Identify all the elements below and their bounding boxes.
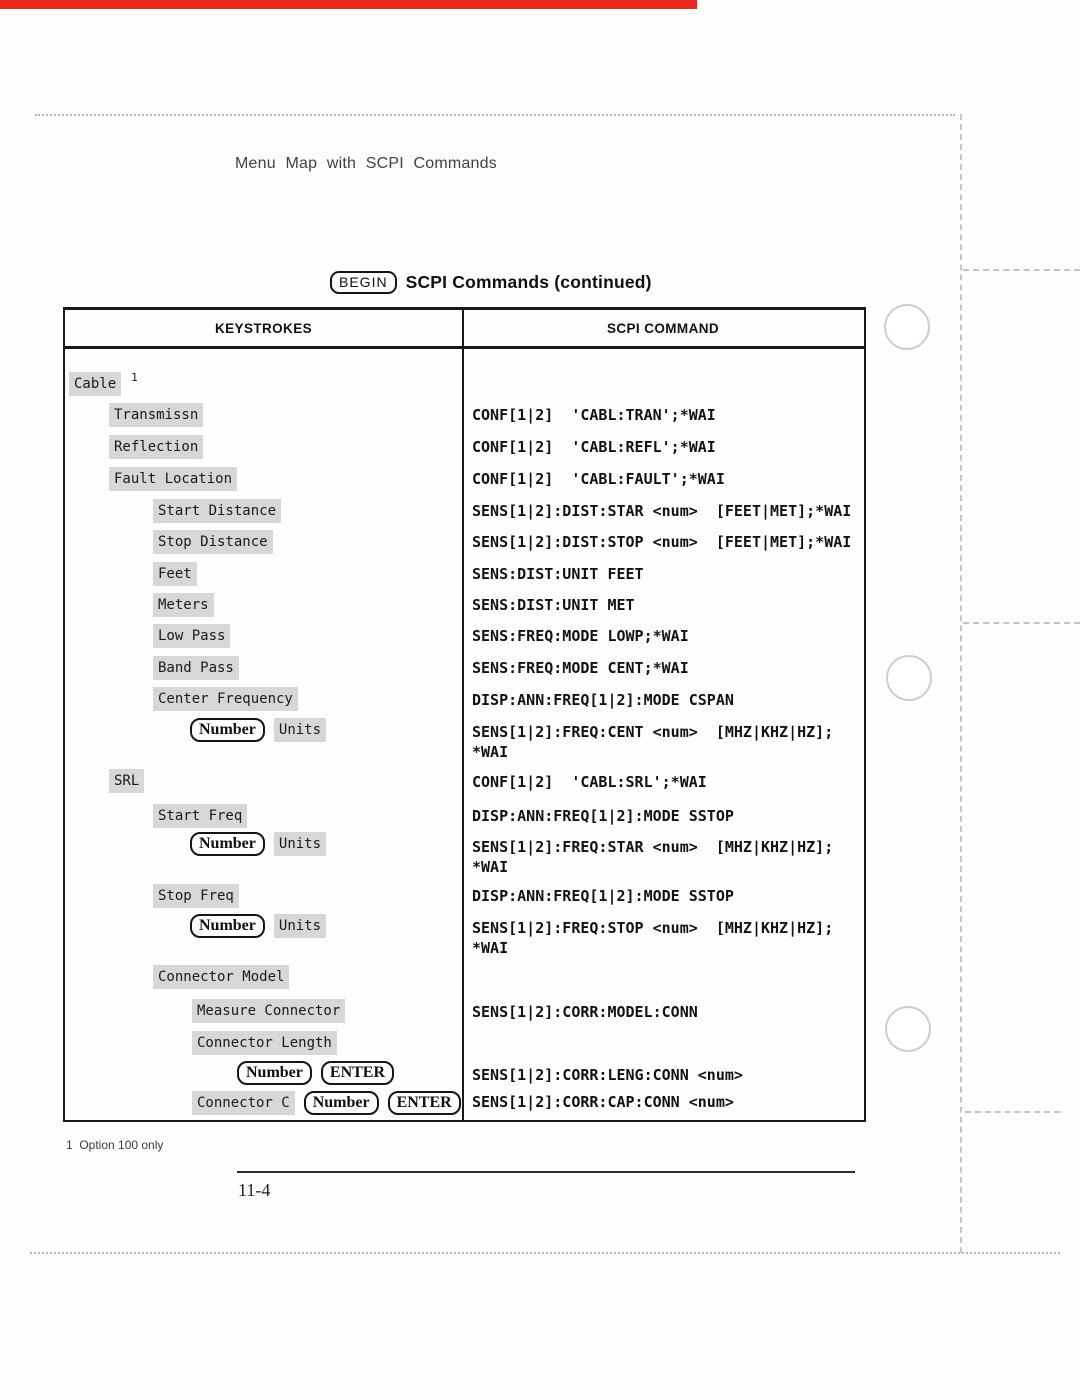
column-header-scpi-command: SCPI COMMAND: [464, 310, 862, 346]
scpi-command-table: KEYSTROKES SCPI COMMAND Cable1 Transmiss…: [63, 307, 866, 1122]
table-row: Feet: [153, 562, 197, 586]
margin-dash-1: [963, 269, 1080, 271]
scpi-command: SENS[1|2]:CORR:LENG:CONN <num>: [472, 1065, 743, 1085]
keystroke-label: Transmissn: [109, 403, 203, 427]
keystroke-label: Fault Location: [109, 467, 237, 491]
table-title: BEGIN SCPI Commands (continued): [330, 271, 652, 294]
table-row: Measure Connector: [192, 999, 345, 1023]
footnote: 1 Option 100 only: [66, 1138, 163, 1152]
keystroke-label: Connector Length: [192, 1031, 337, 1055]
column-header-keystrokes: KEYSTROKES: [65, 310, 462, 346]
table-row: Connector Length: [192, 1031, 337, 1055]
begin-key: BEGIN: [330, 271, 397, 294]
scanned-manual-page: Menu Map with SCPI Commands BEGIN SCPI C…: [0, 0, 1080, 1397]
keystroke-label: Units: [274, 718, 326, 742]
page-number: 11-4: [238, 1180, 270, 1201]
punch-hole-middle: [886, 655, 932, 701]
table-row: Transmissn: [109, 403, 203, 427]
scpi-command: SENS[1|2]:DIST:STOP <num> [FEET|MET];*WA…: [472, 532, 851, 552]
table-row: Number ENTER: [237, 1061, 394, 1085]
scpi-command: CONF[1|2] 'CABL:FAULT';*WAI: [472, 469, 725, 489]
table-title-text: SCPI Commands (continued): [406, 272, 652, 293]
table-row: Start Distance: [153, 499, 281, 523]
table-row: Center Frequency: [153, 687, 298, 711]
table-row: Number Units: [190, 914, 326, 938]
table-row: Number Units: [190, 718, 326, 742]
table-row: Low Pass: [153, 624, 230, 648]
keystroke-label: Connector Model: [153, 965, 289, 989]
keystroke-label: Center Frequency: [153, 687, 298, 711]
scpi-command: DISP:ANN:FREQ[1|2]:MODE SSTOP: [472, 886, 734, 906]
table-row: Stop Freq: [153, 884, 239, 908]
keystroke-label: Start Freq: [153, 804, 247, 828]
keystroke-label: Reflection: [109, 435, 203, 459]
scpi-command: SENS:FREQ:MODE CENT;*WAI: [472, 658, 689, 678]
table-row: Connector C Number ENTER: [192, 1091, 461, 1115]
table-row: Band Pass: [153, 656, 239, 680]
scpi-command: SENS[1|2]:FREQ:CENT <num> [MHZ|KHZ|HZ];*…: [472, 722, 833, 762]
enter-key: ENTER: [388, 1091, 461, 1115]
running-header: Menu Map with SCPI Commands: [235, 155, 497, 173]
keystroke-label: Units: [274, 832, 326, 856]
scpi-command: SENS[1|2]:DIST:STAR <num> [FEET|MET];*WA…: [472, 501, 851, 521]
keystroke-label: Connector C: [192, 1091, 295, 1115]
number-key: Number: [190, 718, 265, 742]
keystroke-label: Band Pass: [153, 656, 239, 680]
footnote-ref: 1: [131, 371, 138, 384]
perforation-line-bottom: [30, 1252, 1060, 1254]
scpi-command: SENS[1|2]:FREQ:STOP <num> [MHZ|KHZ|HZ];*…: [472, 918, 833, 958]
enter-key: ENTER: [321, 1061, 394, 1085]
scpi-command: CONF[1|2] 'CABL:SRL';*WAI: [472, 772, 707, 792]
number-key: Number: [304, 1091, 379, 1115]
keystroke-label: Stop Freq: [153, 884, 239, 908]
punch-hole-bottom: [885, 1006, 931, 1052]
keystroke-label: Start Distance: [153, 499, 281, 523]
header-separator: [65, 346, 864, 349]
keystroke-label: Stop Distance: [153, 530, 273, 554]
number-key: Number: [190, 832, 265, 856]
scpi-command: SENS[1|2]:CORR:MODEL:CONN: [472, 1002, 698, 1022]
scpi-command: DISP:ANN:FREQ[1|2]:MODE SSTOP: [472, 806, 734, 826]
table-row: Reflection: [109, 435, 203, 459]
keystroke-label: Feet: [153, 562, 197, 586]
table-row: Start Freq: [153, 804, 247, 828]
table-row: Stop Distance: [153, 530, 273, 554]
scpi-command: SENS:DIST:UNIT MET: [472, 595, 635, 615]
keystroke-label: SRL: [109, 769, 144, 793]
table-row: SRL: [109, 769, 144, 793]
table-row: Connector Model: [153, 965, 289, 989]
scpi-command: DISP:ANN:FREQ[1|2]:MODE CSPAN: [472, 690, 734, 710]
table-row: Fault Location: [109, 467, 237, 491]
number-key: Number: [190, 914, 265, 938]
margin-dash-3: [965, 1111, 1060, 1113]
scpi-command: SENS[1|2]:FREQ:STAR <num> [MHZ|KHZ|HZ];*…: [472, 837, 833, 877]
footer-rule: [237, 1171, 855, 1173]
keystroke-label: Units: [274, 914, 326, 938]
column-divider: [462, 310, 464, 1120]
table-row: Cable1: [69, 372, 137, 396]
margin-dash-2: [963, 622, 1080, 624]
scpi-command: CONF[1|2] 'CABL:TRAN';*WAI: [472, 405, 716, 425]
perforation-line-right: [960, 114, 962, 1253]
table-row: Number Units: [190, 832, 326, 856]
scpi-command: SENS:FREQ:MODE LOWP;*WAI: [472, 626, 689, 646]
scpi-command: SENS:DIST:UNIT FEET: [472, 564, 644, 584]
perforation-line-top: [35, 114, 955, 116]
keystroke-label: Low Pass: [153, 624, 230, 648]
scpi-command: CONF[1|2] 'CABL:REFL';*WAI: [472, 437, 716, 457]
keystroke-label: Meters: [153, 593, 214, 617]
scan-edge-red-bar: [0, 0, 697, 9]
keystroke-label: Cable: [69, 372, 121, 396]
table-row: Meters: [153, 593, 214, 617]
number-key: Number: [237, 1061, 312, 1085]
punch-hole-top: [884, 304, 930, 350]
scpi-command: SENS[1|2]:CORR:CAP:CONN <num>: [472, 1092, 734, 1112]
keystroke-label: Measure Connector: [192, 999, 345, 1023]
